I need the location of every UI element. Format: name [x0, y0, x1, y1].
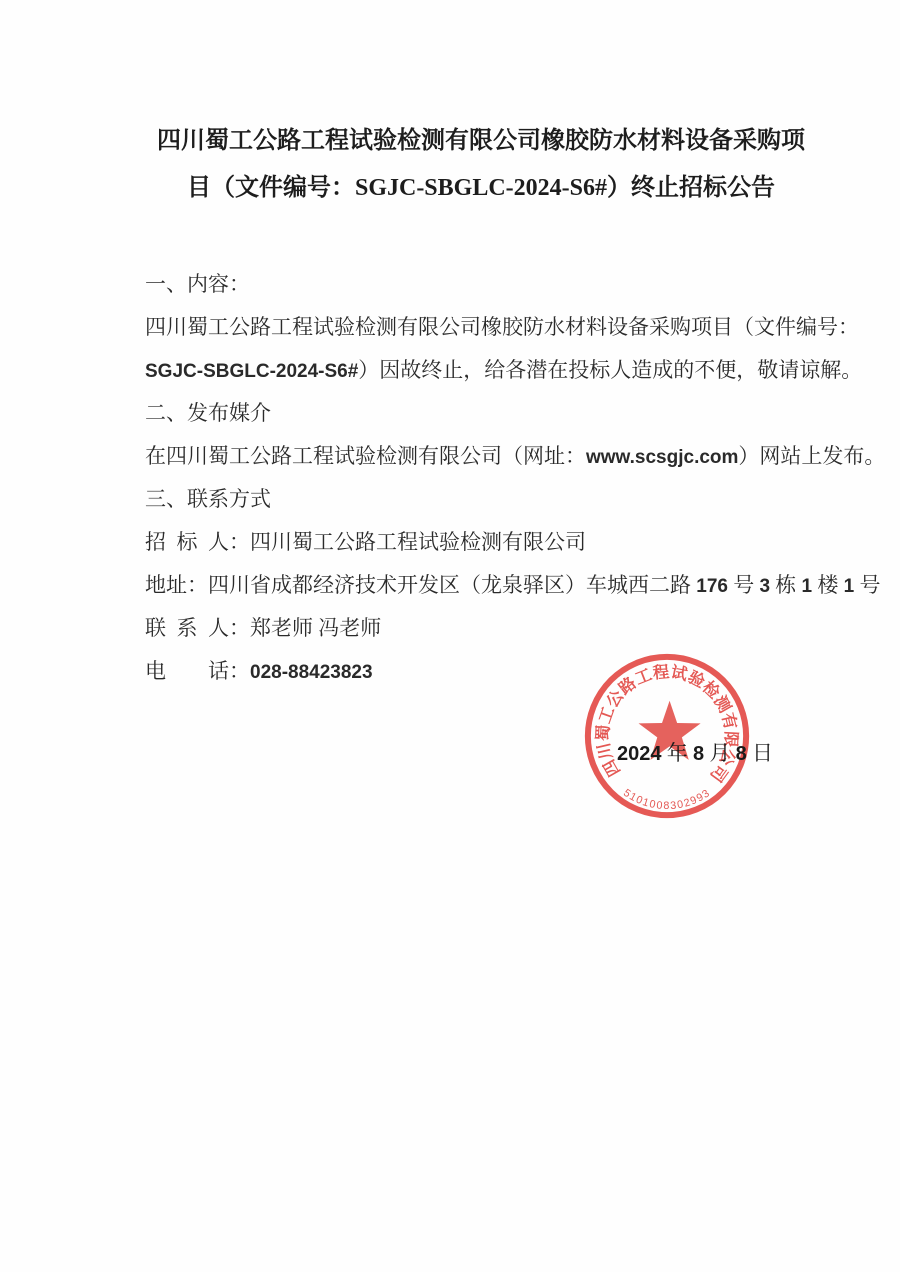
website-url: www.scsgjc.com	[586, 447, 738, 468]
contact-person-names: 郑老师 冯老师	[250, 616, 381, 640]
bidder-name: 四川蜀工公路工程试验检测有限公司	[250, 530, 586, 554]
contact-person-label: 联 系 人：	[145, 616, 250, 640]
address-part: 号	[728, 573, 760, 597]
document-title: 四川蜀工公路工程试验检测有限公司橡胶防水材料设备采购项 目（文件编号：SGJC-…	[145, 118, 817, 212]
address-part: 楼	[812, 573, 844, 597]
address-line: 地址：四川省成都经济技术开发区（龙泉驿区）车城西二路 176 号 3 栋 1 楼…	[145, 564, 865, 607]
file-number: SGJC-SBGLC-2024-S6#	[145, 361, 358, 382]
section1-body-line2-text: ）因故终止，给各潜在投标人造成的不便，敬请谅解。	[358, 358, 862, 382]
date-day: 8	[736, 743, 747, 765]
address-number: 3	[759, 576, 770, 597]
address-number: 1	[844, 576, 855, 597]
company-seal-stamp: 四川蜀工公路工程试验检测有限公司 5101008302993	[581, 650, 753, 822]
section1-body-line1: 四川蜀工公路工程试验检测有限公司橡胶防水材料设备采购项目（文件编号：	[145, 306, 865, 349]
section2-body-prefix: 在四川蜀工公路工程试验检测有限公司（网址：	[145, 444, 586, 468]
section3-heading: 三、联系方式	[145, 478, 865, 521]
date-month-unit: 月	[704, 741, 736, 765]
date-day-unit: 日	[747, 741, 773, 765]
section1-heading: 一、内容：	[145, 263, 865, 306]
document-page: 四川蜀工公路工程试验检测有限公司橡胶防水材料设备采购项 目（文件编号：SGJC-…	[0, 0, 900, 1272]
section2-body: 在四川蜀工公路工程试验检测有限公司（网址：www.scsgjc.com）网站上发…	[145, 435, 865, 478]
contact-person-line: 联 系 人：郑老师 冯老师	[145, 607, 865, 650]
document-title-line2: 目（文件编号：SGJC-SBGLC-2024-S6#）终止招标公告	[145, 165, 817, 212]
address-part: 号	[854, 573, 880, 597]
document-title-line1: 四川蜀工公路工程试验检测有限公司橡胶防水材料设备采购项	[145, 118, 817, 165]
date-year: 2024	[617, 743, 662, 765]
announcement-date: 2024 年 8 月 8 日	[617, 737, 773, 767]
phone-number: 028-88423823	[250, 662, 373, 683]
section1-body-line2: SGJC-SBGLC-2024-S6#）因故终止，给各潜在投标人造成的不便，敬请…	[145, 349, 865, 392]
address-part: 地址：四川省成都经济技术开发区（龙泉驿区）车城西二路	[145, 573, 696, 597]
address-part: 栋	[770, 573, 802, 597]
section2-heading: 二、发布媒介	[145, 392, 865, 435]
bidder-label: 招 标 人：	[145, 530, 250, 554]
date-month: 8	[693, 743, 704, 765]
section2-body-suffix: ）网站上发布。	[738, 444, 885, 468]
address-number: 1	[802, 576, 813, 597]
company-seal-graphic: 四川蜀工公路工程试验检测有限公司 5101008302993	[581, 650, 753, 822]
document-body: 一、内容： 四川蜀工公路工程试验检测有限公司橡胶防水材料设备采购项目（文件编号：…	[145, 263, 865, 693]
bidder-line: 招 标 人：四川蜀工公路工程试验检测有限公司	[145, 521, 865, 564]
phone-label: 电 话：	[145, 659, 250, 683]
phone-line: 电 话：028-88423823	[145, 650, 865, 693]
date-year-unit: 年	[662, 741, 694, 765]
address-number: 176	[696, 576, 728, 597]
